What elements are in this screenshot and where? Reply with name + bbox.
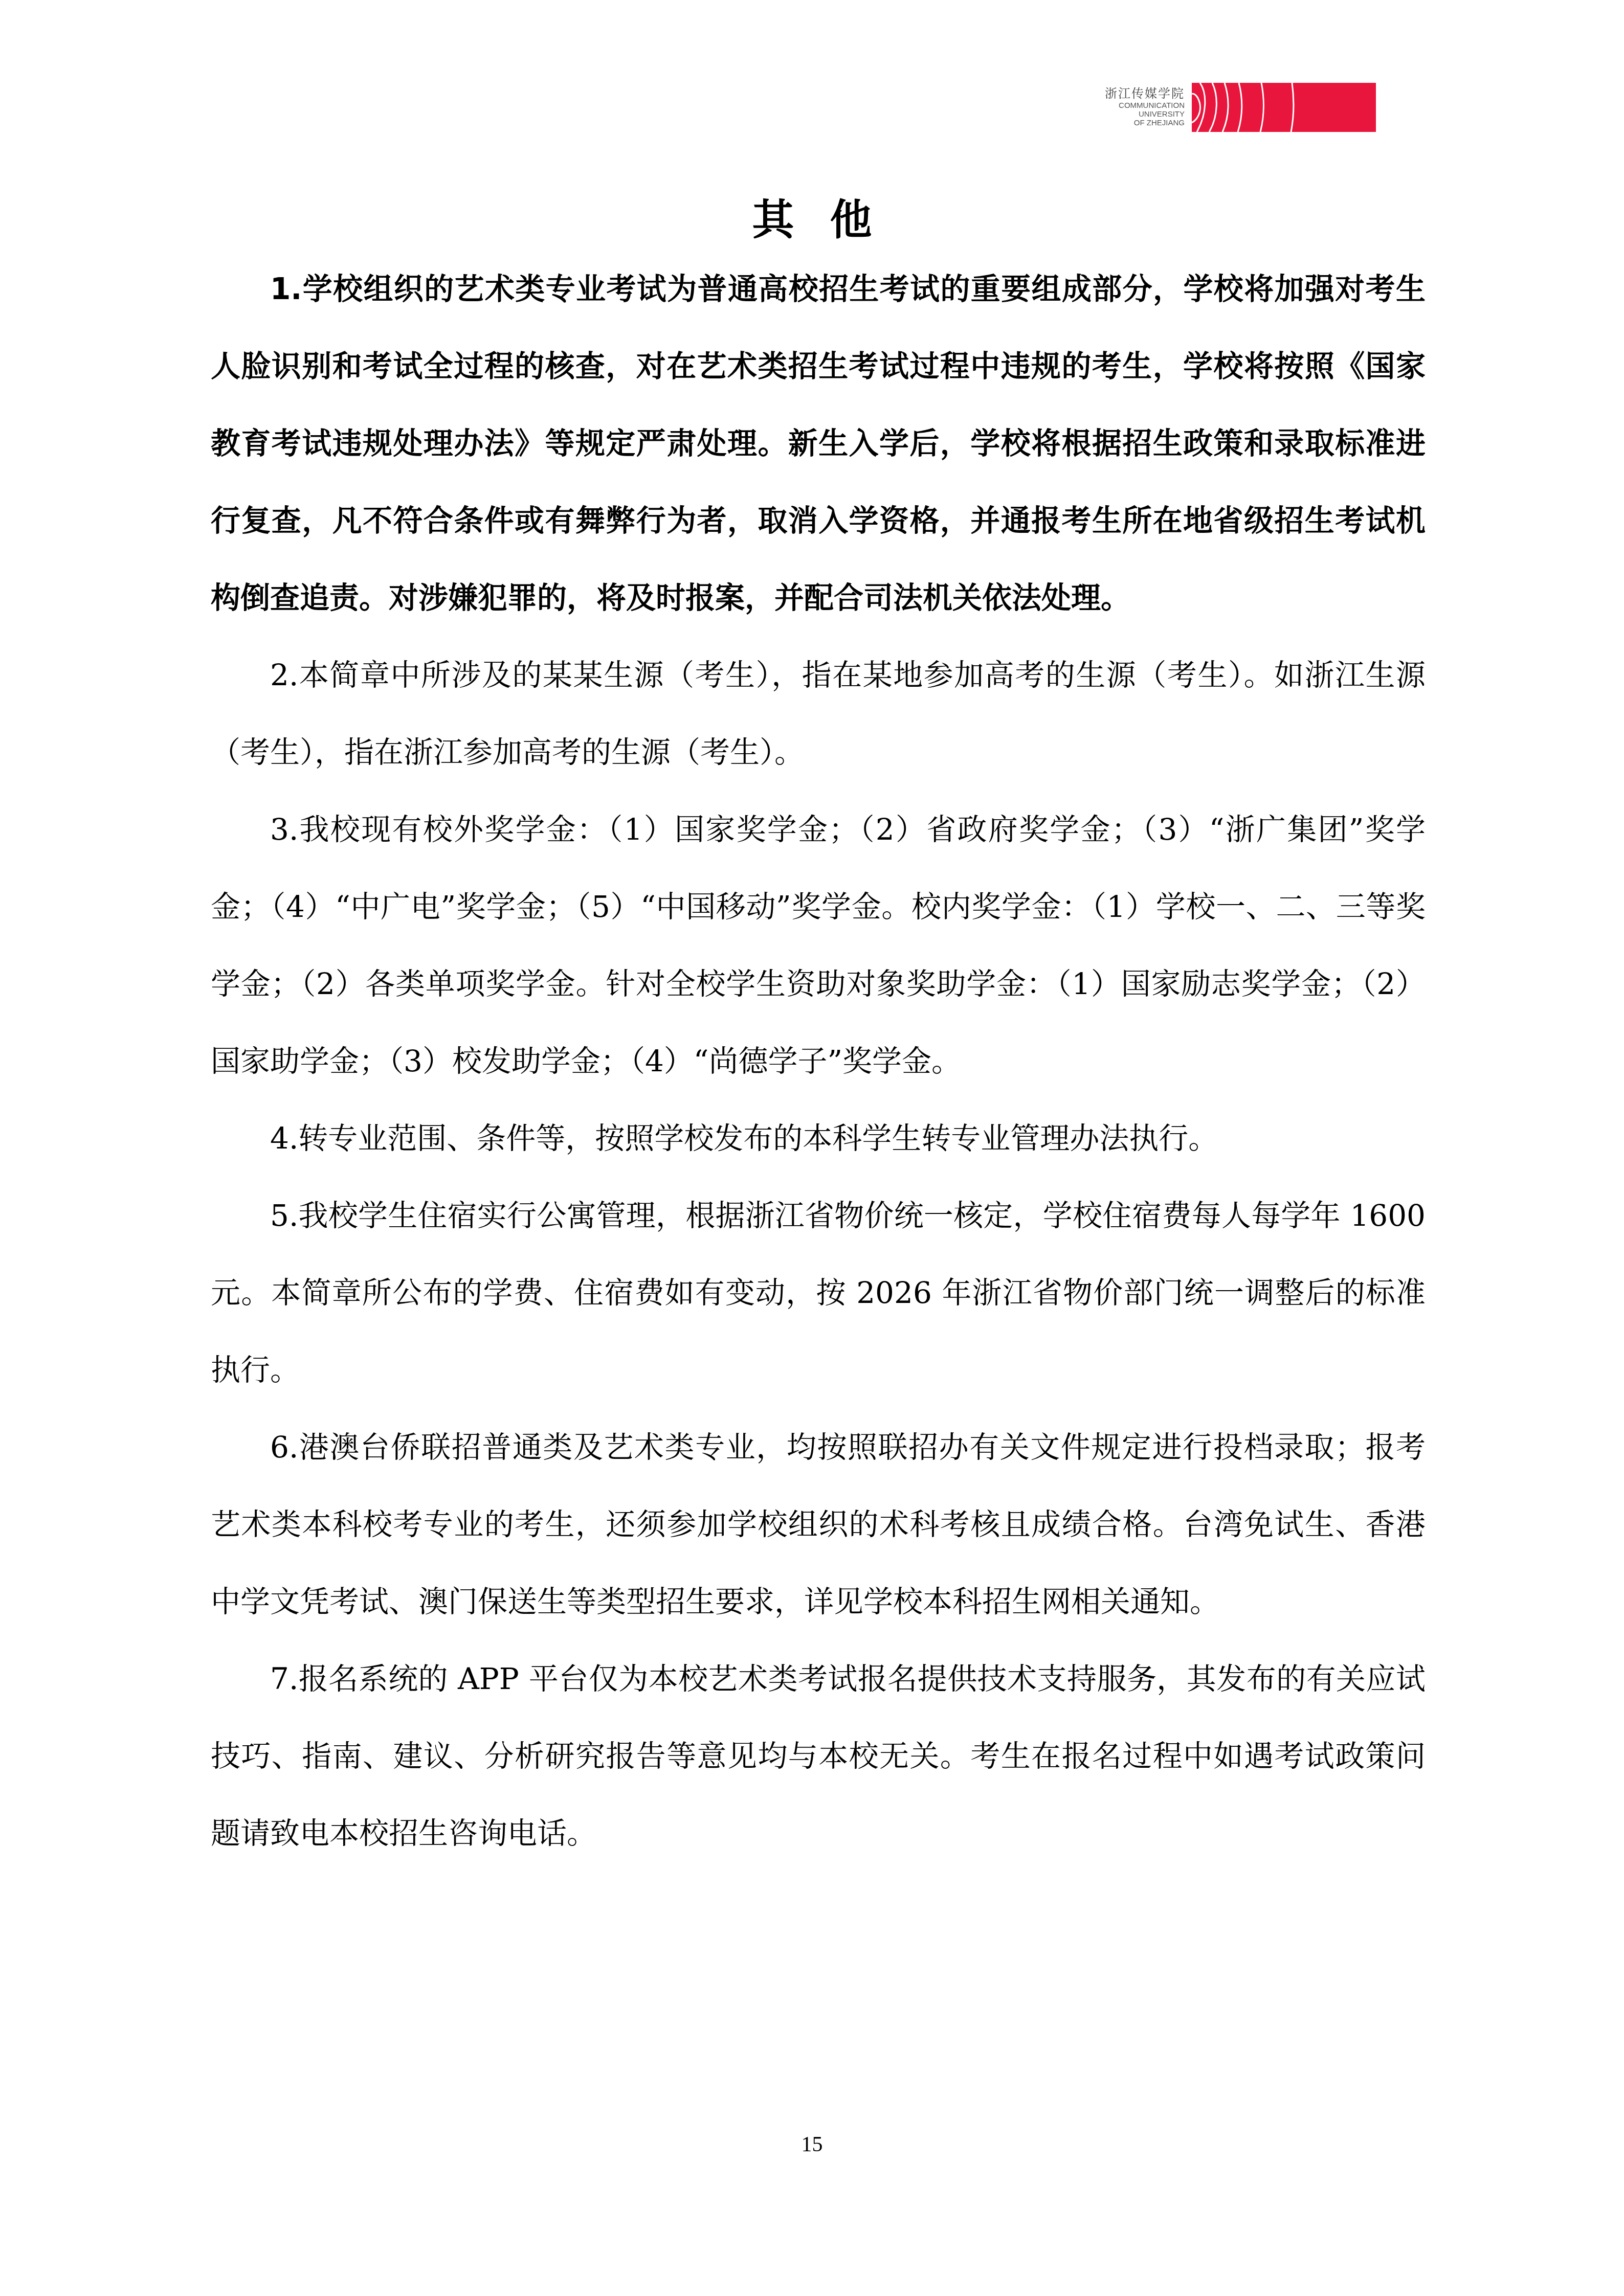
paragraph-6: 6.港澳台侨联招普通类及艺术类专业，均按照联招办有关文件规定进行投档录取；报考艺… xyxy=(211,1409,1426,1640)
paragraph-1: 1.学校组织的艺术类专业考试为普通高校招生考试的重要组成部分，学校将加强对考生人… xyxy=(211,251,1426,637)
logo-name-en-line-1: COMMUNICATION xyxy=(1119,101,1185,110)
logo-name-en-line-3: OF ZHEJIANG xyxy=(1134,119,1185,127)
logo-name-cn: 浙江传媒学院 xyxy=(1105,87,1185,100)
paragraph-4: 4.转专业范围、条件等，按照学校发布的本科学生转专业管理办法执行。 xyxy=(211,1100,1426,1177)
logo-text: 浙江传媒学院 COMMUNICATION UNIVERSITY OF ZHEJI… xyxy=(1105,87,1185,127)
document-body: 1.学校组织的艺术类专业考试为普通高校招生考试的重要组成部分，学校将加强对考生人… xyxy=(211,251,1426,1872)
paragraph-5: 5.我校学生住宿实行公寓管理，根据浙江省物价统一核定，学校住宿费每人每学年 16… xyxy=(211,1177,1426,1409)
paragraph-7: 7.报名系统的 APP 平台仅为本校艺术类考试报名提供技术支持服务，其发布的有关… xyxy=(211,1640,1426,1872)
logo-wave-mark-icon xyxy=(1192,83,1376,132)
university-logo: 浙江传媒学院 COMMUNICATION UNIVERSITY OF ZHEJI… xyxy=(1105,79,1425,136)
paragraph-3: 3.我校现有校外奖学金：（1）国家奖学金；（2）省政府奖学金；（3）“浙广集团”… xyxy=(211,791,1426,1100)
page-title: 其他 xyxy=(0,187,1624,246)
logo-name-en-line-2: UNIVERSITY xyxy=(1139,110,1185,119)
page-number: 15 xyxy=(0,2132,1624,2157)
paragraph-2: 2.本简章中所涉及的某某生源（考生），指在某地参加高考的生源（考生）。如浙江生源… xyxy=(211,637,1426,791)
